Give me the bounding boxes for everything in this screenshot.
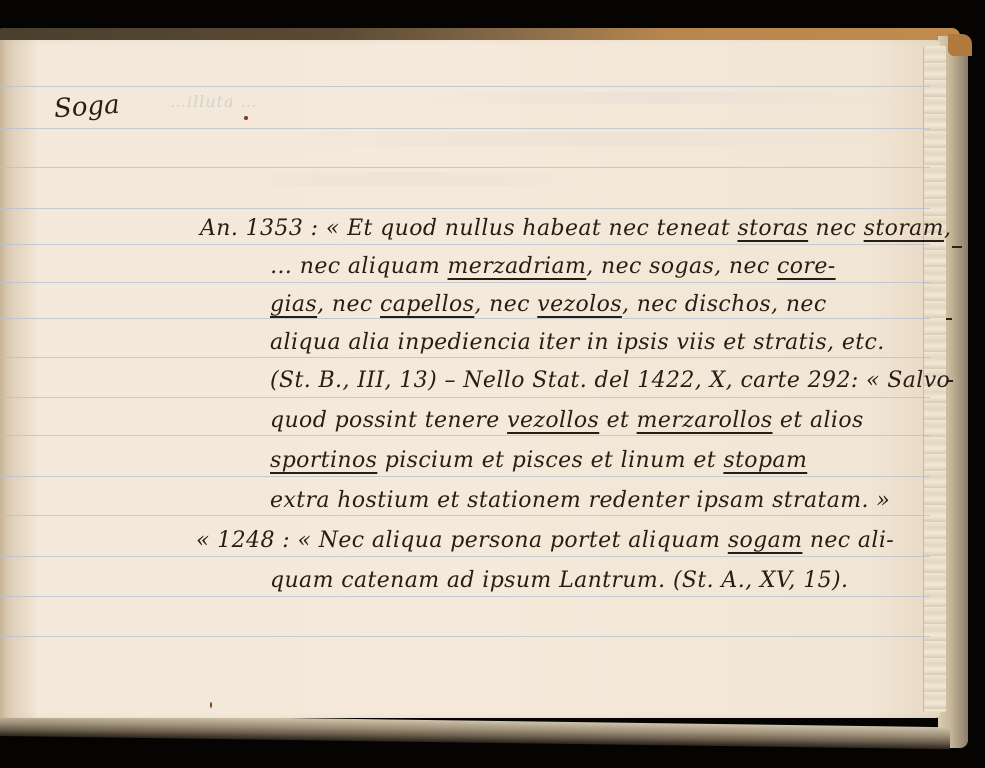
manuscript-line-3: gias, nec capellos, nec vezolos, nec dis… bbox=[270, 292, 827, 317]
underlined-term: sportinos bbox=[270, 448, 377, 473]
ruled-line bbox=[0, 86, 930, 87]
manuscript-line-4: aliqua alia inpediencia iter in ipsis vi… bbox=[270, 330, 885, 355]
bleed-through-smudge bbox=[420, 92, 900, 104]
text-segment: , bbox=[944, 216, 951, 241]
ruled-line bbox=[0, 318, 930, 319]
ruled-line bbox=[0, 397, 930, 398]
manuscript-line-1: An. 1353 : « Et quod nullus habeat nec t… bbox=[200, 216, 951, 241]
text-segment: piscium et pisces et linum et bbox=[377, 448, 723, 473]
bleed-through-smudge bbox=[260, 132, 900, 146]
fore-edge-tick bbox=[946, 318, 952, 320]
text-segment: , nec sogas, nec bbox=[586, 254, 777, 279]
fore-edge-tick bbox=[952, 246, 962, 248]
manuscript-line-2: … nec aliquam merzadriam, nec sogas, nec… bbox=[270, 254, 836, 279]
text-segment: An. 1353 : « Et quod nullus habeat nec t… bbox=[200, 216, 737, 241]
text-segment: (St. B., III, 13) – Nello Stat. del 1422… bbox=[270, 368, 950, 393]
underlined-term: core- bbox=[777, 254, 836, 279]
underlined-term: sogam bbox=[728, 528, 803, 553]
text-segment: et alios bbox=[773, 408, 864, 433]
text-segment: quod possint tenere bbox=[270, 408, 507, 433]
ruled-line bbox=[0, 596, 930, 597]
ink-spot bbox=[244, 116, 248, 120]
underlined-term: stopam bbox=[723, 448, 807, 473]
text-segment: , nec dischos, nec bbox=[622, 292, 827, 317]
ruled-line bbox=[0, 244, 930, 245]
manuscript-line-5: (St. B., III, 13) – Nello Stat. del 1422… bbox=[270, 368, 950, 393]
text-segment: extra hostium et stationem redenter ipsa… bbox=[270, 488, 890, 513]
ruled-line bbox=[0, 556, 930, 557]
ruled-line bbox=[0, 357, 930, 358]
underlined-term: storam bbox=[864, 216, 944, 241]
ink-spot bbox=[210, 702, 212, 708]
text-segment: et bbox=[599, 408, 636, 433]
manuscript-line-6: quod possint tenere vezollos et merzarol… bbox=[270, 408, 864, 433]
text-segment: nec ali- bbox=[802, 528, 894, 553]
underlined-term: vezollos bbox=[507, 408, 599, 433]
text-segment: quam catenam ad ipsum Lantrum. (St. A., … bbox=[270, 568, 848, 593]
underlined-term: capellos bbox=[380, 292, 474, 317]
manuscript-line-9: « 1248 : « Nec aliqua persona portet ali… bbox=[196, 528, 894, 553]
binding-gutter bbox=[0, 40, 36, 718]
manuscript-line-7: sportinos piscium et pisces et linum et … bbox=[270, 448, 807, 473]
text-segment: « 1248 : « Nec aliqua persona portet ali… bbox=[196, 528, 728, 553]
underlined-term: storas bbox=[737, 216, 808, 241]
fore-edge-tick bbox=[948, 380, 953, 382]
text-segment: , nec bbox=[474, 292, 537, 317]
ruled-line bbox=[0, 435, 930, 436]
bleed-through-smudge bbox=[200, 172, 620, 186]
ruled-line bbox=[0, 282, 930, 283]
leather-corner bbox=[948, 34, 972, 56]
ruled-line bbox=[0, 167, 930, 168]
ruled-line bbox=[0, 515, 930, 516]
underlined-term: gias bbox=[270, 292, 317, 317]
page-heading: Soga bbox=[53, 90, 121, 125]
ruled-line bbox=[0, 476, 930, 477]
text-segment: aliqua alia inpediencia iter in ipsis vi… bbox=[270, 330, 885, 355]
ruled-line bbox=[0, 208, 930, 209]
text-segment: … nec aliquam bbox=[270, 254, 448, 279]
manuscript-page: …illuta … Soga An. 1353 : « Et quod null… bbox=[0, 40, 940, 718]
notebook: …illuta … Soga An. 1353 : « Et quod null… bbox=[0, 28, 975, 748]
manuscript-line-8: extra hostium et stationem redenter ipsa… bbox=[270, 488, 890, 513]
page-stack-bottom-edge bbox=[0, 714, 950, 749]
underlined-term: merzarollos bbox=[637, 408, 773, 433]
bleed-through-text: …illuta … bbox=[170, 92, 258, 111]
ruled-line bbox=[0, 636, 930, 637]
ruled-line bbox=[0, 128, 930, 129]
text-segment: , nec bbox=[317, 292, 380, 317]
underlined-term: vezolos bbox=[537, 292, 622, 317]
underlined-term: merzadriam bbox=[448, 254, 587, 279]
text-segment: nec bbox=[808, 216, 864, 241]
manuscript-line-10: quam catenam ad ipsum Lantrum. (St. A., … bbox=[270, 568, 848, 593]
